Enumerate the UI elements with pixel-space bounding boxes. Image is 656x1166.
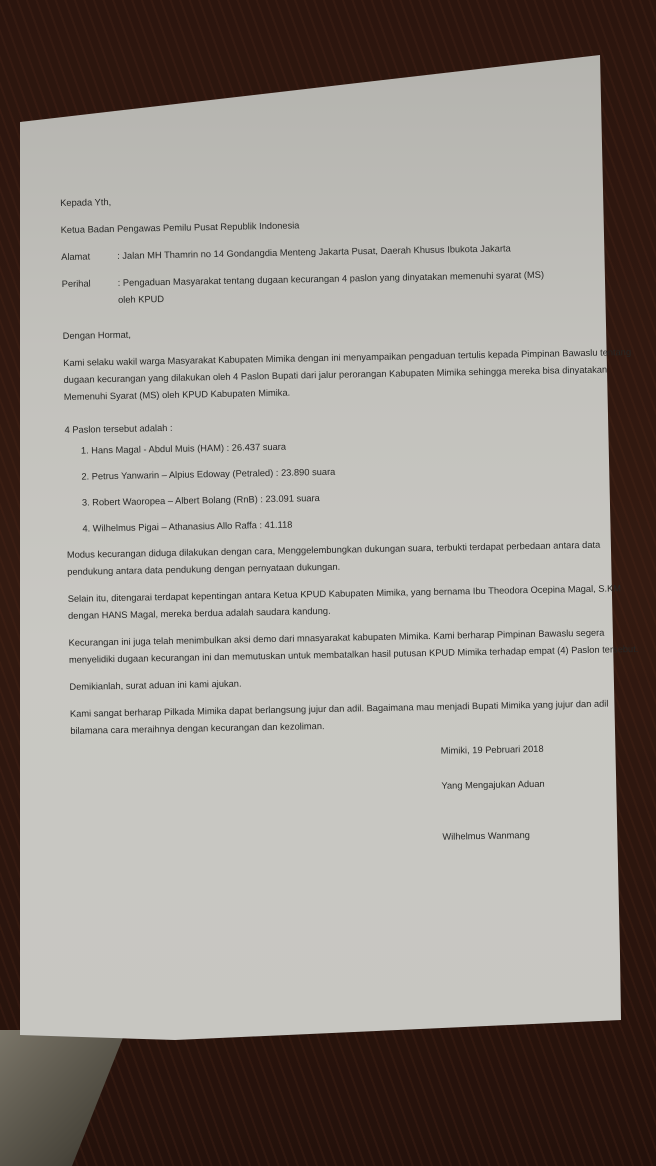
- candidate-list: 1. Hans Magal - Abdul Muis (HAM) : 26.43…: [65, 432, 647, 538]
- candidate-item: 2. Petrus Yanwarin – Alpius Edoway (Petr…: [65, 458, 645, 486]
- candidate-item: 3. Robert Waoropea – Albert Bolang (RnB)…: [66, 484, 646, 512]
- place-date: Mimiki, 19 Pebruari 2018: [441, 739, 651, 760]
- subject-label: Perihal: [62, 275, 119, 310]
- closing: Yang Mengajukan Aduan: [441, 774, 651, 795]
- signature-block: Mimiki, 19 Pebruari 2018 Yang Mengajukan…: [441, 739, 653, 846]
- address-label: Alamat: [61, 248, 117, 266]
- complaint-letter: Kepada Yth, Ketua Badan Pengawas Pemilu …: [60, 184, 653, 871]
- floor-corner: [0, 1030, 180, 1166]
- signer-name: Wilhelmus Wanmang: [442, 825, 652, 846]
- candidate-item: 4. Wilhelmus Pigai – Athanasius Allo Raf…: [66, 510, 646, 538]
